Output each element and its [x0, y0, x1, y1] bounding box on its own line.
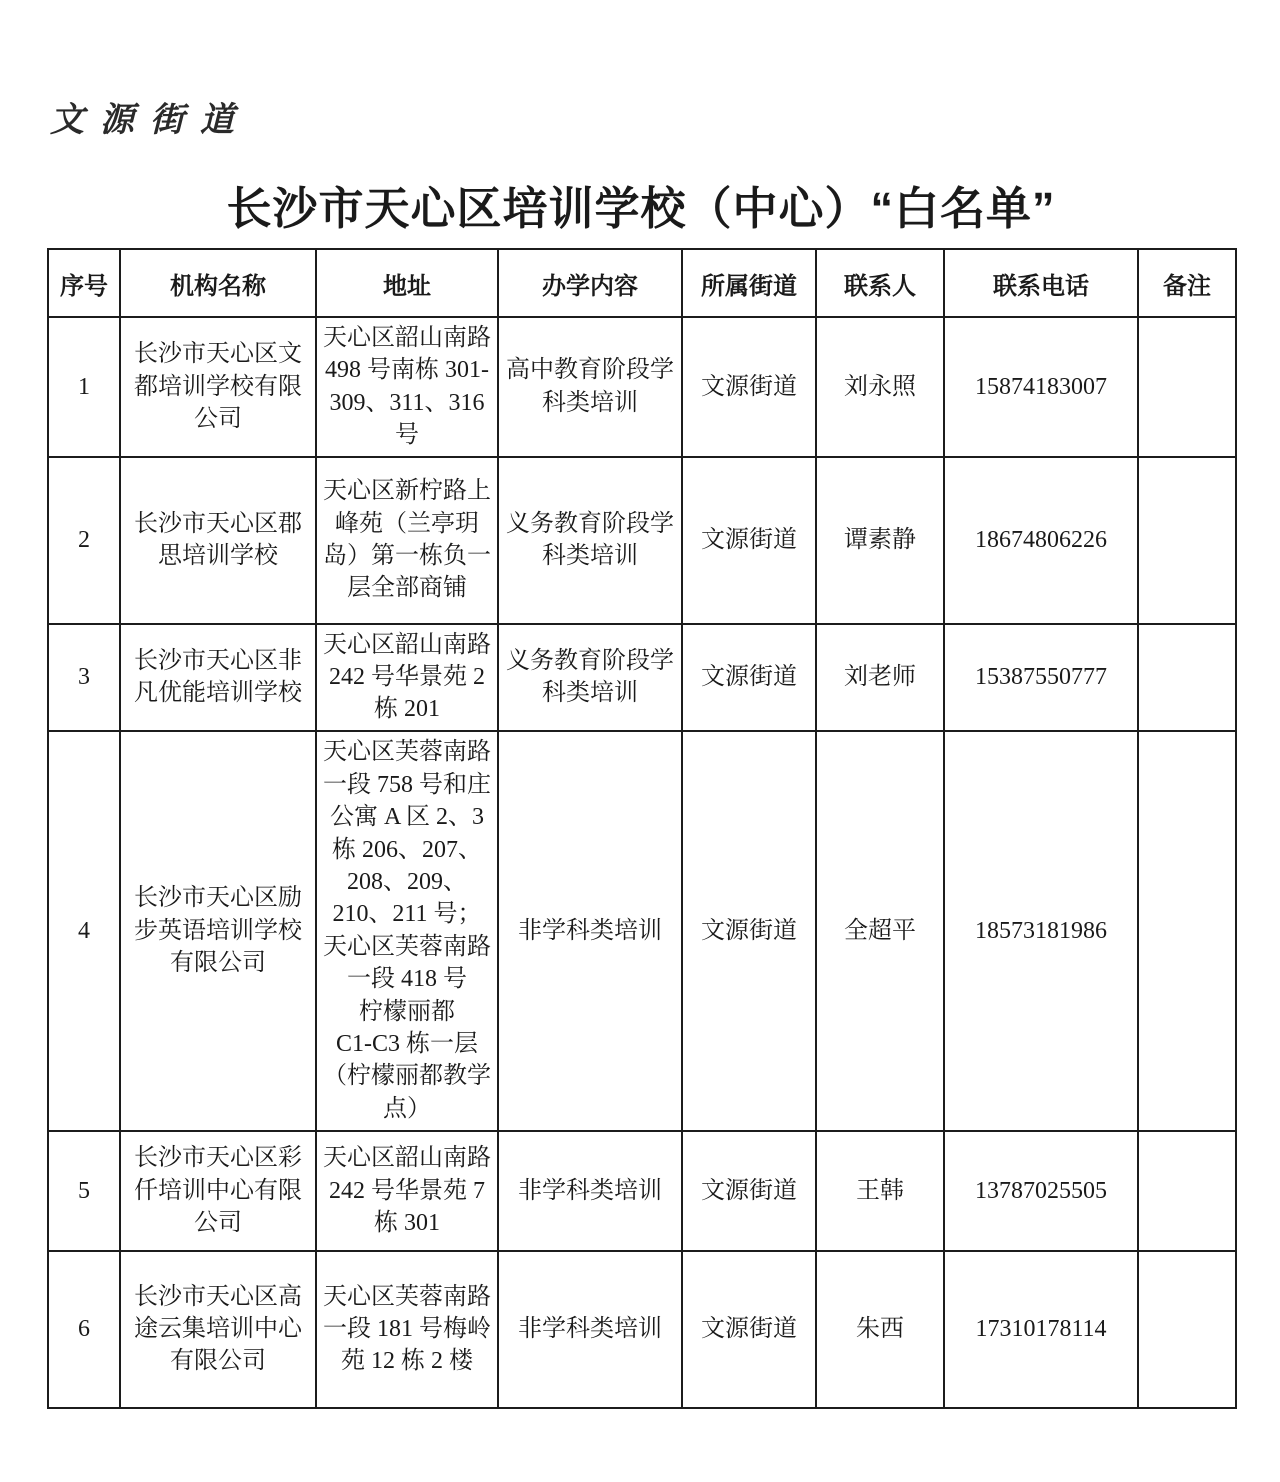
cell-contact: 朱西 — [816, 1251, 944, 1408]
cell-contact: 谭素静 — [816, 457, 944, 624]
cell-phone: 15874183007 — [944, 317, 1138, 457]
cell-phone: 18674806226 — [944, 457, 1138, 624]
cell-address: 天心区新柠路上峰苑（兰亭玥岛）第一栋负一层全部商铺 — [316, 457, 498, 624]
cell-address: 天心区韶山南路 242 号华景苑 2 栋 201 — [316, 624, 498, 731]
cell-street: 文源街道 — [682, 457, 816, 624]
cell-name: 长沙市天心区郡思培训学校 — [120, 457, 316, 624]
cell-address: 天心区芙蓉南路一段 181 号梅岭苑 12 栋 2 楼 — [316, 1251, 498, 1408]
cell-remark — [1138, 1131, 1236, 1251]
header-address: 地址 — [316, 249, 498, 317]
table-row: 1 长沙市天心区文都培训学校有限公司 天心区韶山南路 498 号南栋 301-3… — [48, 317, 1236, 457]
header-contact: 联系人 — [816, 249, 944, 317]
cell-name: 长沙市天心区高途云集培训中心有限公司 — [120, 1251, 316, 1408]
cell-name: 长沙市天心区励步英语培训学校有限公司 — [120, 731, 316, 1131]
header-name: 机构名称 — [120, 249, 316, 317]
cell-street: 文源街道 — [682, 731, 816, 1131]
cell-street: 文源街道 — [682, 1251, 816, 1408]
cell-no: 2 — [48, 457, 120, 624]
header-phone: 联系电话 — [944, 249, 1138, 317]
cell-no: 3 — [48, 624, 120, 731]
table-row: 2 长沙市天心区郡思培训学校 天心区新柠路上峰苑（兰亭玥岛）第一栋负一层全部商铺… — [48, 457, 1236, 624]
header-no: 序号 — [48, 249, 120, 317]
header-content: 办学内容 — [498, 249, 682, 317]
cell-content: 高中教育阶段学科类培训 — [498, 317, 682, 457]
header-street: 所属街道 — [682, 249, 816, 317]
cell-remark — [1138, 624, 1236, 731]
cell-street: 文源街道 — [682, 1131, 816, 1251]
page-title: 长沙市天心区培训学校（中心）“白名单” — [47, 172, 1235, 237]
cell-contact: 刘老师 — [816, 624, 944, 731]
cell-no: 6 — [48, 1251, 120, 1408]
cell-remark — [1138, 457, 1236, 624]
cell-phone: 15387550777 — [944, 624, 1138, 731]
cell-content: 义务教育阶段学科类培训 — [498, 457, 682, 624]
cell-contact: 全超平 — [816, 731, 944, 1131]
cell-phone: 17310178114 — [944, 1251, 1138, 1408]
cell-address: 天心区芙蓉南路一段 758 号和庄公寓 A 区 2、3 栋 206、207、20… — [316, 731, 498, 1131]
whitelist-table: 序号 机构名称 地址 办学内容 所属街道 联系人 联系电话 备注 1 长沙市天心… — [47, 248, 1237, 1409]
cell-content: 义务教育阶段学科类培训 — [498, 624, 682, 731]
cell-no: 1 — [48, 317, 120, 457]
cell-no: 5 — [48, 1131, 120, 1251]
table-row: 4 长沙市天心区励步英语培训学校有限公司 天心区芙蓉南路一段 758 号和庄公寓… — [48, 731, 1236, 1131]
cell-phone: 13787025505 — [944, 1131, 1138, 1251]
cell-street: 文源街道 — [682, 317, 816, 457]
cell-street: 文源街道 — [682, 624, 816, 731]
cell-remark — [1138, 731, 1236, 1131]
cell-contact: 刘永照 — [816, 317, 944, 457]
cell-phone: 18573181986 — [944, 731, 1138, 1131]
cell-remark — [1138, 1251, 1236, 1408]
cell-address: 天心区韶山南路 242 号华景苑 7 栋 301 — [316, 1131, 498, 1251]
header-remark: 备注 — [1138, 249, 1236, 317]
cell-contact: 王韩 — [816, 1131, 944, 1251]
cell-remark — [1138, 317, 1236, 457]
handwritten-street-note: 文源街道 — [50, 92, 250, 141]
table-row: 3 长沙市天心区非凡优能培训学校 天心区韶山南路 242 号华景苑 2 栋 20… — [48, 624, 1236, 731]
cell-content: 非学科类培训 — [498, 1251, 682, 1408]
cell-content: 非学科类培训 — [498, 731, 682, 1131]
cell-name: 长沙市天心区文都培训学校有限公司 — [120, 317, 316, 457]
cell-address: 天心区韶山南路 498 号南栋 301-309、311、316 号 — [316, 317, 498, 457]
cell-name: 长沙市天心区非凡优能培训学校 — [120, 624, 316, 731]
table-row: 5 长沙市天心区彩仟培训中心有限公司 天心区韶山南路 242 号华景苑 7 栋 … — [48, 1131, 1236, 1251]
table-header-row: 序号 机构名称 地址 办学内容 所属街道 联系人 联系电话 备注 — [48, 249, 1236, 317]
cell-name: 长沙市天心区彩仟培训中心有限公司 — [120, 1131, 316, 1251]
cell-content: 非学科类培训 — [498, 1131, 682, 1251]
cell-no: 4 — [48, 731, 120, 1131]
table-row: 6 长沙市天心区高途云集培训中心有限公司 天心区芙蓉南路一段 181 号梅岭苑 … — [48, 1251, 1236, 1408]
